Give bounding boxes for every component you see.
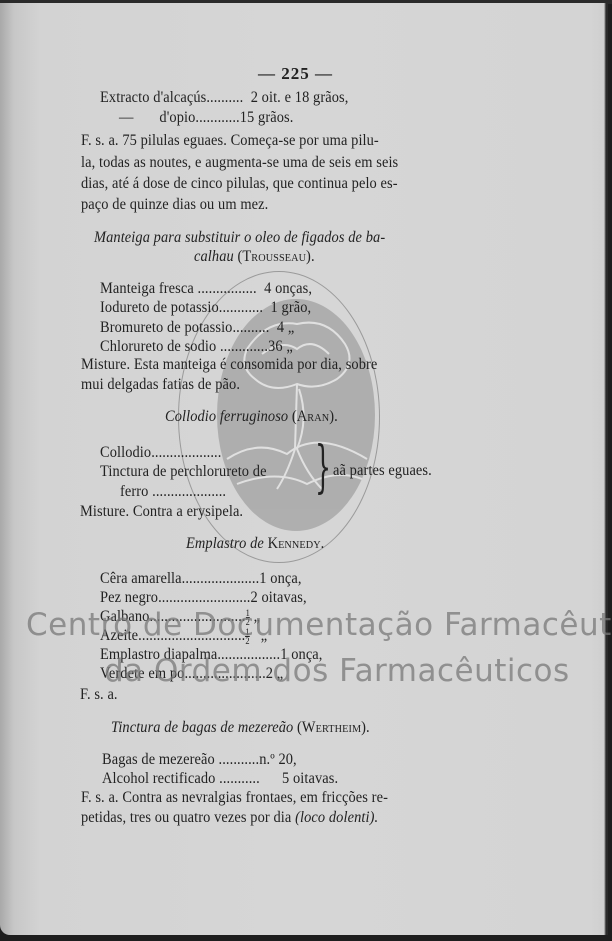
archive-watermark-line1: Centro de Documentação Farmacêutica	[26, 607, 612, 643]
paragraph-line: petidas, tres ou quatro vezes por dia (l…	[81, 809, 378, 827]
recipe-title: calhau (Trousseau).	[194, 248, 315, 266]
ingredient-line: Collodio...................	[100, 444, 221, 462]
recipe-title: Tinctura de bagas de mezereão (Wertheim)…	[111, 719, 370, 737]
ingredient-line: Extracto d'alcaçús.......... 2 oit. e 18…	[100, 89, 348, 107]
book-page: — 225 — Extracto d'alcaçús.......... 2 o…	[0, 3, 608, 935]
recipe-title: Manteiga para substituir o oleo de figad…	[94, 229, 385, 247]
ingredient-line: Bagas de mezereão ...........n.º 20,	[102, 751, 297, 769]
ingredient-line: Manteiga fresca ................ 4 onças…	[100, 280, 312, 298]
ingredient-line: Bromureto de potassio.......... 4 „	[100, 319, 294, 337]
page-number: — 225 —	[258, 64, 333, 84]
paragraph-line: Misture. Esta manteiga é consomida por d…	[81, 356, 377, 374]
archive-watermark-line2: da Ordem dos Farmacêuticos	[104, 653, 570, 689]
ingredient-line: ferro ....................	[120, 483, 226, 501]
brace-quantity: aã partes eguaes.	[333, 462, 432, 480]
ingredient-line: Tinctura de perchlorureto de	[100, 463, 267, 481]
ingredient-line: — d'opio............15 grãos.	[119, 109, 293, 127]
paragraph-line: la, todas as noutes, e augmenta-se uma d…	[81, 154, 398, 172]
paragraph-line: dias, até á dose de cinco pilulas, que c…	[81, 175, 398, 193]
recipe-title: Collodio ferruginoso (Aran).	[165, 408, 338, 426]
paragraph-line: mui delgadas fatias de pão.	[81, 376, 240, 394]
recipe-title: Emplastro de Kennedy.	[186, 535, 324, 553]
ingredient-line: Alcohol rectificado ........... 5 oitava…	[102, 770, 338, 788]
curly-brace-icon: }	[315, 440, 331, 496]
paragraph-line: F. s. a. Contra as nevralgias frontaes, …	[81, 789, 388, 807]
paragraph-line: Misture. Contra a erysipela.	[80, 503, 243, 521]
ingredient-line: Pez negro.........................2 oita…	[100, 589, 307, 607]
paragraph-line: F. s. a. 75 pilulas eguaes. Começa-se po…	[81, 132, 379, 150]
ingredient-line: Cêra amarella.....................1 onça…	[100, 570, 302, 588]
ingredient-line: Chlorureto de sodio .............36 „	[100, 338, 293, 356]
ingredient-line: Iodureto de potassio............ 1 grão,	[100, 299, 311, 317]
paragraph-line: paço de quinze dias ou um mez.	[81, 196, 268, 214]
